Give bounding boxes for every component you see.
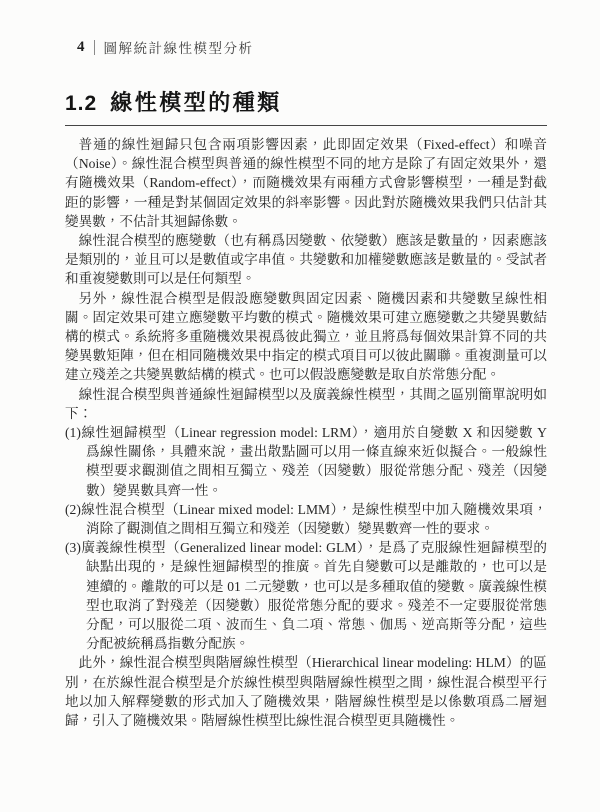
section-heading: 1.2 線性模型的種類 [65,86,547,117]
heading-rule [65,125,547,126]
list-item-text: 廣義線性模型（Generalized linear model: GLM），是爲… [81,540,547,651]
list-item-marker: (2) [65,502,81,517]
book-title: 圖解統計線性模型分析 [104,37,254,57]
list-item-glm: (3)廣義線性模型（Generalized linear model: GLM）… [65,538,547,653]
paragraph-variables: 線性混合模型的應變數（也有稱爲因變數、依變數）應該是數量的，因素應該是類別的，並… [65,231,547,289]
paragraph-hlm: 此外，線性混合模型與階層線性模型（Hierarchical linear mod… [65,653,547,730]
paragraph-intro: 普通的線性迴歸只包含兩項影響因素，此即固定效果（Fixed-effect）和噪音… [65,135,547,231]
paragraph-assumptions: 另外，線性混合模型是假設應變數與固定因素、隨機因素和共變數呈線性相關。固定效果可… [65,289,547,385]
paragraph-comparison-intro: 線性混合模型與普通線性迴歸模型以及廣義線性模型，其間之區別簡單說明如下： [65,385,547,423]
list-item-lrm: (1)線性迴歸模型（Linear regression model: LRM），… [65,423,547,500]
list-item-marker: (1) [65,425,81,440]
list-item-lmm: (2)線性混合模型（Linear mixed model: LMM），是線性模型… [65,500,547,538]
page-number: 4 [77,39,85,56]
section-number: 1.2 [65,92,97,116]
section-title: 線性模型的種類 [110,86,282,117]
list-item-marker: (3) [65,540,81,555]
list-item-text: 線性迴歸模型（Linear regression model: LRM），適用於… [81,425,547,498]
body-text: 普通的線性迴歸只包含兩項影響因素，此即固定效果（Fixed-effect）和噪音… [65,135,547,730]
book-page: 4 圖解統計線性模型分析 1.2 線性模型的種類 普通的線性迴歸只包含兩項影響因… [0,0,600,812]
model-type-list: (1)線性迴歸模型（Linear regression model: LRM），… [65,423,547,653]
list-item-text: 線性混合模型（Linear mixed model: LMM），是線性模型中加入… [81,502,547,536]
running-header: 4 圖解統計線性模型分析 [77,38,547,56]
header-divider [94,40,95,55]
